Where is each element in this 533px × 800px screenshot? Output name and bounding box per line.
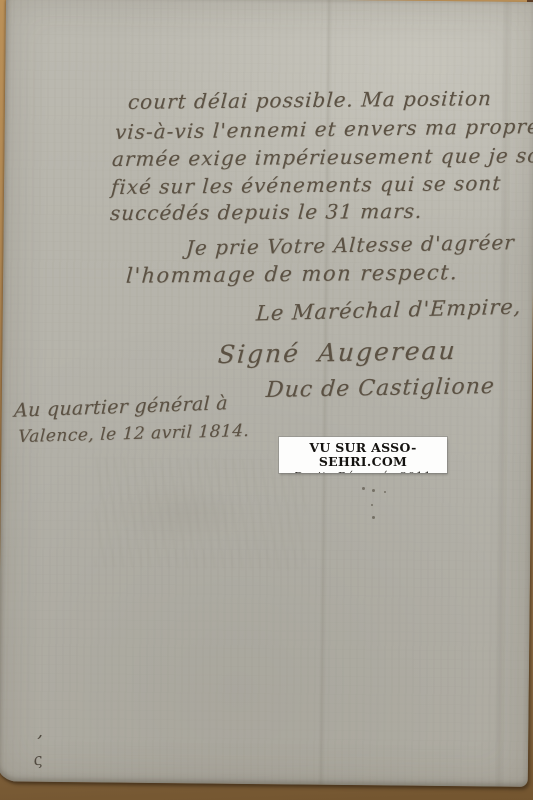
handwritten-line: court délai possible. Ma position [127, 86, 492, 114]
ink-speck [362, 487, 365, 490]
ink-speck [372, 516, 375, 519]
handwritten-line: fixé sur les événements qui se sont [110, 171, 502, 199]
handwritten-line: succédés depuis le 31 mars. [109, 199, 423, 225]
watermark-site-name: VU SUR ASSO-SEHRI.COM [279, 441, 447, 469]
paper-crease-patch [95, 457, 306, 569]
handwritten-signature-line: Duc de Castiglione [265, 374, 496, 403]
photo-of-letter: court délai possible. Ma position vis-à-… [0, 0, 533, 800]
handwritten-line: armée exige impérieusement que je sois [111, 143, 533, 171]
watermark-box: VU SUR ASSO-SEHRI.COM Droits Réservés 20… [279, 437, 447, 473]
watermark-rights-text: Droits Réservés 2011 [279, 470, 447, 473]
ink-speck [372, 489, 375, 492]
ink-speck [384, 491, 386, 493]
ink-speck [371, 504, 373, 506]
handwritten-signature-line: Signé Augereau [217, 336, 458, 369]
handwritten-line: l'hommage de mon respect. [125, 260, 459, 287]
